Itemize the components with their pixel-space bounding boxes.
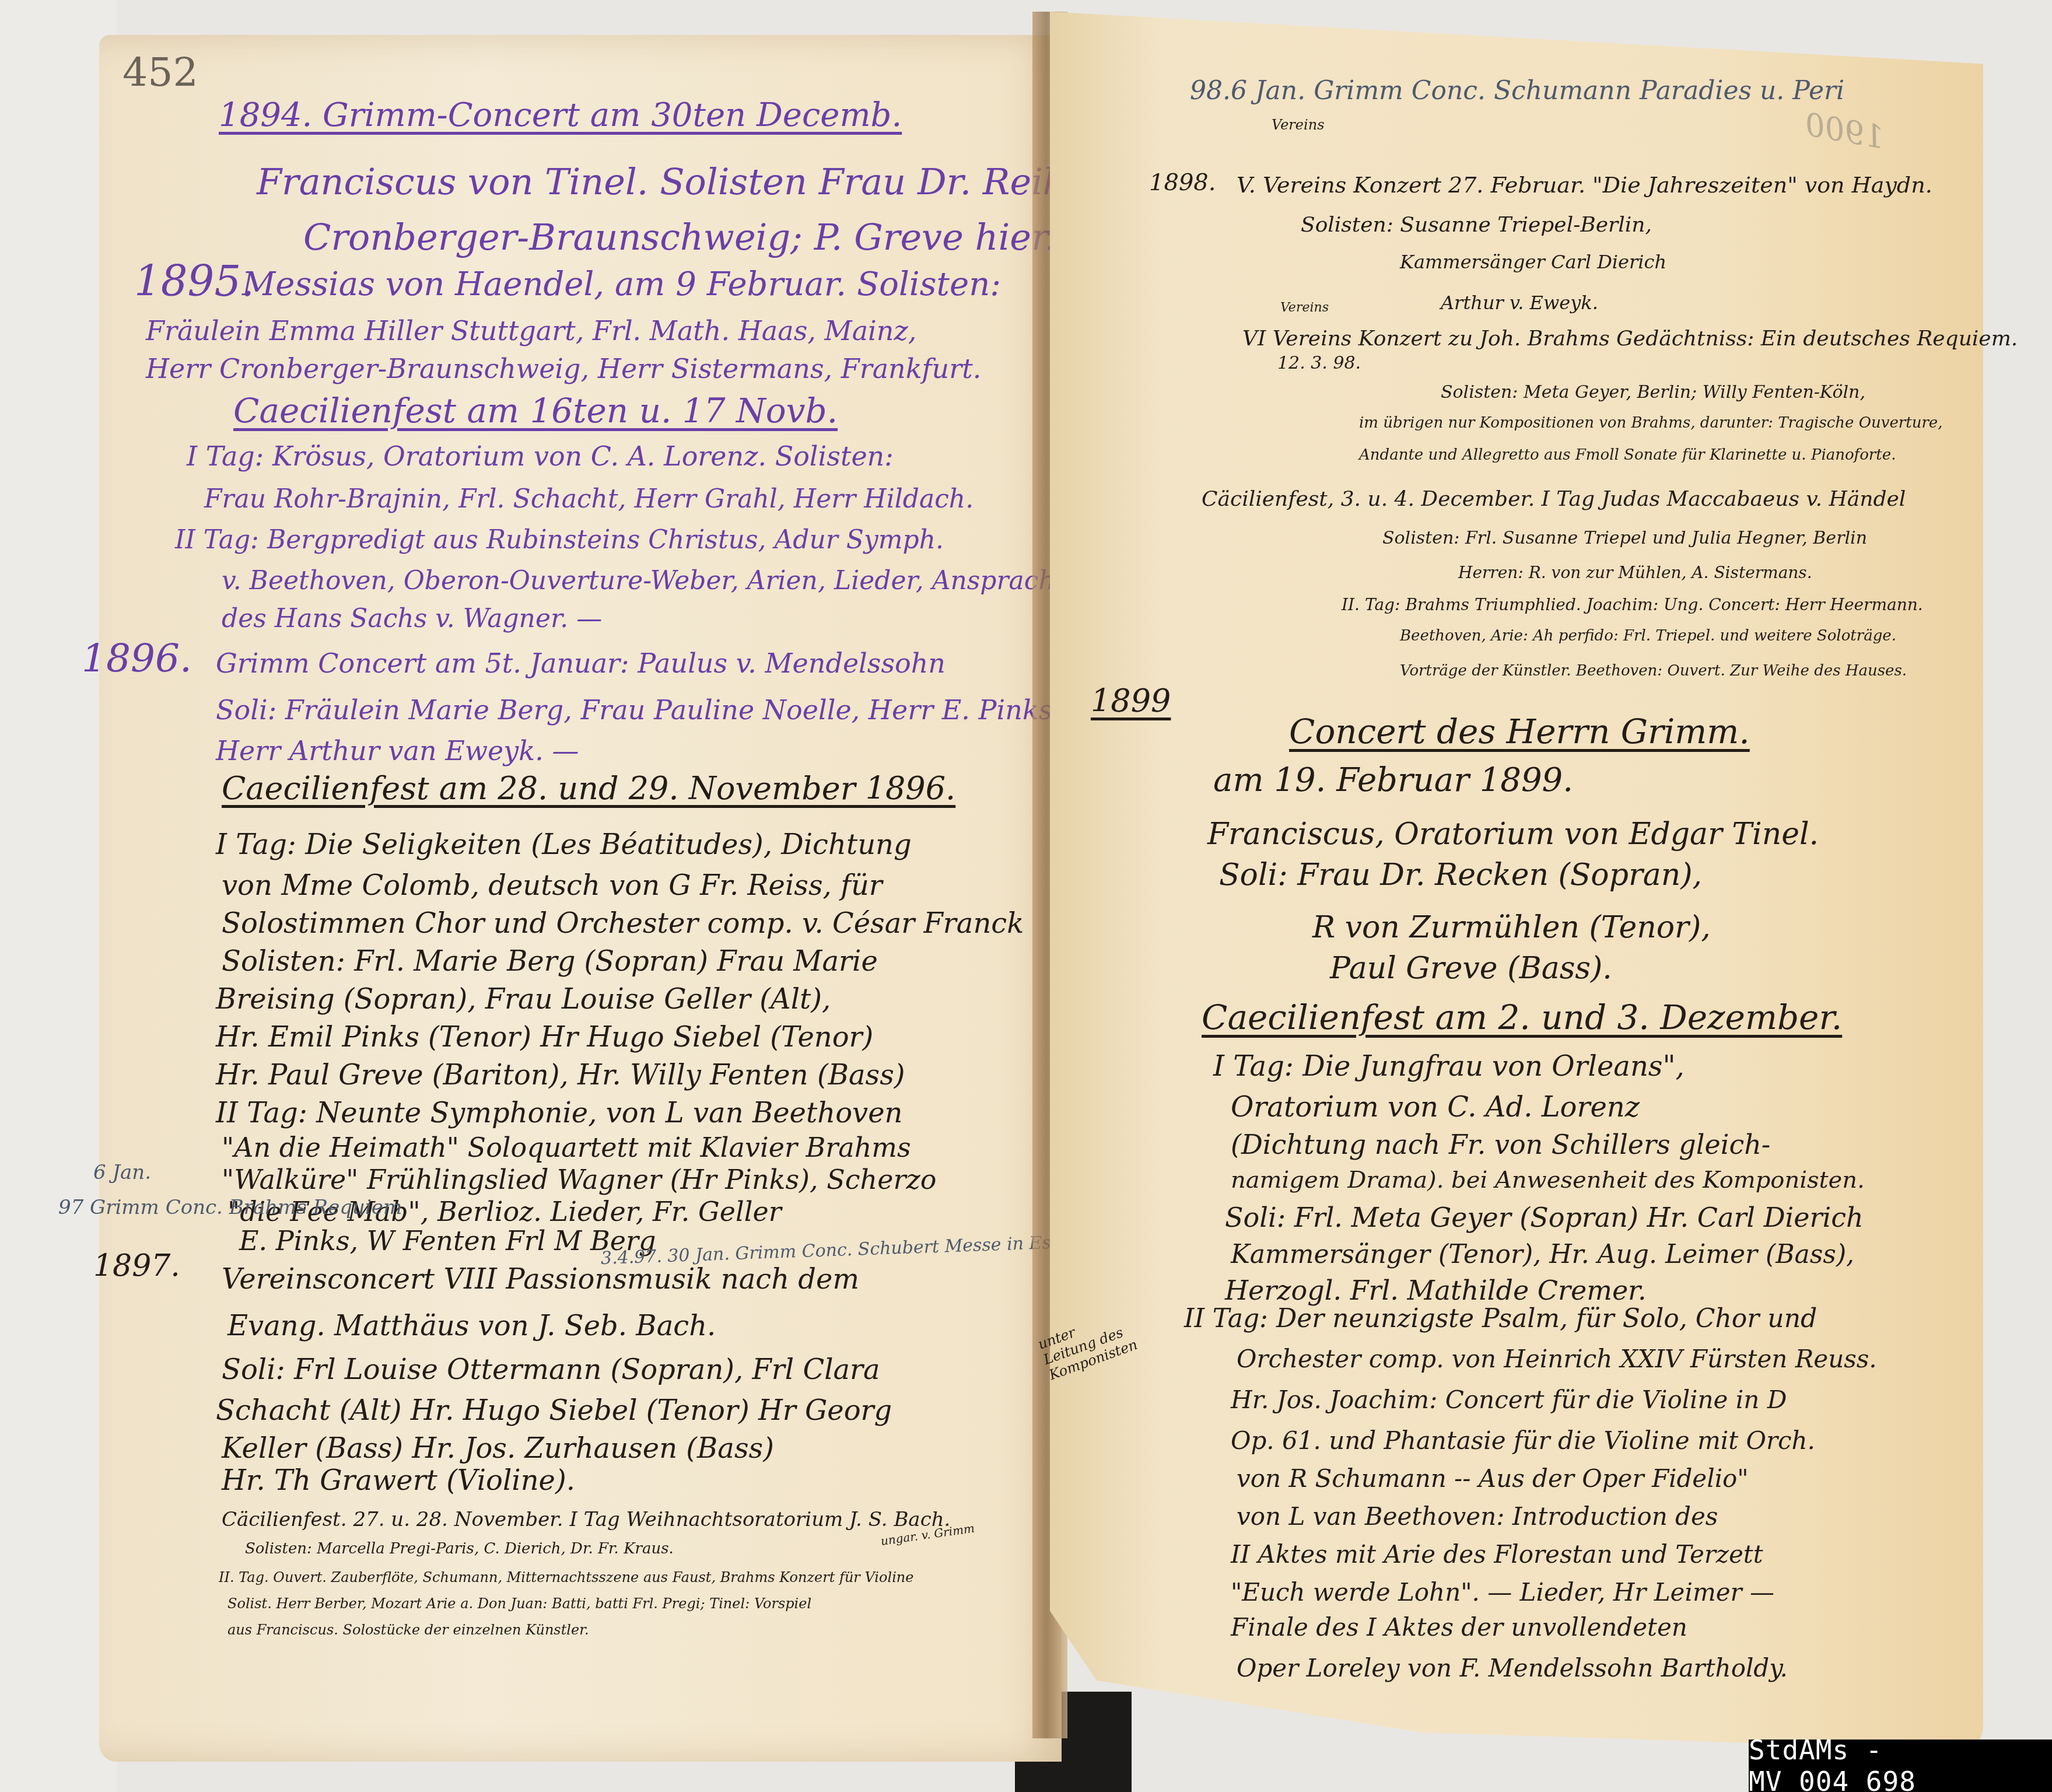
entry-line: im übrigen nur Kompositionen von Brahms,… <box>1359 414 1943 432</box>
entry-line: Kammersänger Carl Dierich <box>1400 251 1666 273</box>
entry-date: am 19. Februar 1899. <box>1213 761 1573 799</box>
caecilienfest-1899-heading: Caecilienfest am 2. und 3. Dezember. <box>1202 998 1842 1037</box>
entry-line: Oper Loreley von F. Mendelssohn Barthold… <box>1237 1654 1788 1682</box>
entry-line: von L van Beethoven: Introduction des <box>1237 1502 1718 1531</box>
entry-line: II Tag: Bergpredigt aus Rubinsteins Chri… <box>175 525 944 555</box>
archive-label: StdAMs - MV_004_698 <box>1749 1739 2052 1792</box>
entry-line: E. Pinks, W Fenten Frl M Berg <box>239 1225 656 1256</box>
entry-line: Solostimmen Chor und Orchester comp. v. … <box>222 907 1024 940</box>
entry-line: Herr Arthur van Eweyk. — <box>216 735 579 766</box>
entry-line: Messias von Haendel, am 9 Februar. Solis… <box>242 265 1001 303</box>
entry-line: I Tag: Die Seligkeiten (Les Béatitudes),… <box>216 828 912 861</box>
entry-line: Soli: Frl. Meta Geyer (Sopran) Hr. Carl … <box>1225 1202 1864 1233</box>
concert-grimm-heading: Concert des Herrn Grimm. <box>1289 712 1750 751</box>
year-1898: 1898. <box>1149 169 1216 196</box>
entry-line: Solist. Herr Berber, Mozart Arie a. Don … <box>227 1595 811 1612</box>
entry-line: Arthur v. Eweyk. <box>1441 292 1598 314</box>
entry-line: Hr. Jos. Joachim: Concert für die Violin… <box>1231 1385 1787 1414</box>
entry-line: Hr. Emil Pinks (Tenor) Hr Hugo Siebel (T… <box>216 1021 873 1053</box>
entry-line: des Hans Sachs v. Wagner. — <box>222 604 602 633</box>
entry-line: Keller (Bass) Hr. Jos. Zurhausen (Bass) <box>222 1432 774 1465</box>
year-1899: 1899 <box>1091 682 1171 719</box>
entry-line: Solisten: Marcella Pregi-Paris, C. Dieri… <box>245 1540 674 1557</box>
entry-line: Herzogl. Frl. Mathilde Cremer. <box>1225 1275 1647 1306</box>
entry-line: Fräulein Emma Hiller Stuttgart, Frl. Mat… <box>146 315 916 346</box>
entry-line: Solisten: Frl. Marie Berg (Sopran) Frau … <box>222 945 878 978</box>
entry-line: Paul Greve (Bass). <box>1330 951 1612 986</box>
entry-date: 12. 3. 98. <box>1277 353 1361 373</box>
page-number: 452 <box>122 50 198 96</box>
entry-line: Herren: R. von zur Mühlen, A. Sistermans… <box>1458 563 1812 582</box>
entry-line: Kammersänger (Tenor), Hr. Aug. Leimer (B… <box>1231 1240 1854 1269</box>
entry-line: R von Zurmühlen (Tenor), <box>1312 910 1711 945</box>
year-1896: 1896. <box>82 636 192 681</box>
entry-line: Evang. Matthäus von J. Seb. Bach. <box>227 1310 716 1342</box>
entry-line: I Tag: Die Jungfrau von Orleans", <box>1213 1050 1685 1083</box>
year-1895: 1895. <box>134 257 254 306</box>
caecilienfest-1896-heading: Caecilienfest am 28. und 29. November 18… <box>222 770 955 807</box>
entry-line: II Tag: Der neunzigste Psalm, für Solo, … <box>1184 1304 1817 1333</box>
caecilienfest-1895-heading: Caecilienfest am 16ten u. 17 Novb. <box>233 391 838 430</box>
entry-line: v. Beethoven, Oberon-Ouverture-Weber, Ar… <box>222 566 1070 596</box>
entry-line: "Euch werde Lohn". — Lieder, Hr Leimer — <box>1231 1578 1774 1606</box>
entry-line: Grimm Concert am 5t. Januar: Paulus v. M… <box>216 647 946 679</box>
header-pencil-note: 98.6 Jan. Grimm Conc. Schumann Paradies … <box>1190 76 1844 106</box>
caecilienfest-1897-line: Cäcilienfest. 27. u. 28. November. I Tag… <box>222 1508 950 1531</box>
entry-line: Andante und Allegretto aus Fmoll Sonate … <box>1359 446 1896 464</box>
entry-line: II. Tag. Ouvert. Zauberflöte, Schumann, … <box>219 1569 914 1585</box>
entry-line: V. Vereins Konzert 27. Februar. "Die Jah… <box>1237 172 1932 198</box>
superscript-vereins-2: Vereins <box>1280 300 1329 315</box>
entry-line: Solisten: Meta Geyer, Berlin; Willy Fent… <box>1441 382 1865 402</box>
entry-line: Solisten: Frl. Susanne Triepel und Julia… <box>1382 528 1867 548</box>
entry-line: "An die Heimath" Soloquartett mit Klavie… <box>222 1132 911 1163</box>
entry-line: (Dichtung nach Fr. von Schillers gleich- <box>1231 1129 1770 1160</box>
entry-line: Finale des I Aktes der unvollendeten <box>1231 1613 1687 1641</box>
entry-line: Cronberger-Braunschweig; P. Greve hier. … <box>303 216 1104 258</box>
entry-line: "Walküre" Frühlingslied Wagner (Hr Pinks… <box>222 1164 936 1195</box>
entry-line: von R Schumann -- Aus der Oper Fidelio" <box>1237 1464 1749 1493</box>
entry-line: Herr Cronberger-Braunschweig, Herr Siste… <box>146 353 981 384</box>
caecilienfest-1898-line: Cäcilienfest, 3. u. 4. December. I Tag J… <box>1202 487 1906 511</box>
superscript-vereins: Vereins <box>1272 117 1324 133</box>
entry-line: II Aktes mit Arie des Florestan und Terz… <box>1231 1540 1763 1569</box>
entry-line: Oratorium von C. Ad. Lorenz <box>1231 1091 1640 1123</box>
entry-line: Vorträge der Künstler. Beethoven: Ouvert… <box>1400 662 1907 680</box>
margin-date-note: 6 Jan. <box>93 1161 151 1184</box>
entry-line: Solisten: Susanne Triepel-Berlin, <box>1301 213 1652 237</box>
entry-line: Schacht (Alt) Hr. Hugo Siebel (Tenor) Hr… <box>216 1394 892 1427</box>
entry-line: Hr. Th Grawert (Violine). <box>222 1464 575 1497</box>
entry-line: Hr. Paul Greve (Bariton), Hr. Willy Fent… <box>216 1059 905 1091</box>
entry-line: Franciscus von Tinel. Solisten Frau Dr. … <box>257 160 1121 203</box>
entry-line: Op. 61. und Phantasie für die Violine mi… <box>1231 1426 1815 1455</box>
entry-line: VI Vereins Konzert zu Joh. Brahms Gedäch… <box>1242 327 2018 351</box>
entry-line: II. Tag: Brahms Triumphlied. Joachim: Un… <box>1342 595 1923 614</box>
entry-line: Soli: Frl Louise Ottermann (Sopran), Frl… <box>222 1353 880 1386</box>
entry-line: Breising (Sopran), Frau Louise Geller (A… <box>216 983 831 1016</box>
entry-line: namigem Drama). bei Anwesenheit des Komp… <box>1231 1167 1865 1193</box>
entry-line: Soli: Fräulein Marie Berg, Frau Pauline … <box>216 694 1061 726</box>
entry-line: Frau Rohr-Brajnin, Frl. Schacht, Herr Gr… <box>204 484 974 514</box>
entry-line: Vereinsconcert VIII Passionsmusik nach d… <box>222 1263 859 1296</box>
margin-note-grimm: 97 Grimm Conc. Brahms Requiem <box>58 1196 402 1219</box>
entry-line: Beethoven, Arie: Ah perfido: Frl. Triepe… <box>1400 627 1896 645</box>
entry-line: Franciscus, Oratorium von Edgar Tinel. <box>1207 817 1819 852</box>
entry-line: I Tag: Krösus, Oratorium von C. A. Loren… <box>187 440 894 472</box>
entry-line: II Tag: Neunte Symphonie, von L van Beet… <box>216 1097 903 1129</box>
entry-line: aus Franciscus. Solostücke der einzelnen… <box>227 1622 589 1638</box>
entry-line: von Mme Colomb, deutsch von G Fr. Reiss,… <box>222 869 883 902</box>
year-1897: 1897. <box>93 1248 180 1283</box>
entry-line: Orchester comp. von Heinrich XXIV Fürste… <box>1237 1345 1877 1373</box>
entry-1894-heading: 1894. Grimm-Concert am 30ten Decemb. <box>219 96 902 134</box>
entry-line: Soli: Frau Dr. Recken (Sopran), <box>1219 857 1702 892</box>
